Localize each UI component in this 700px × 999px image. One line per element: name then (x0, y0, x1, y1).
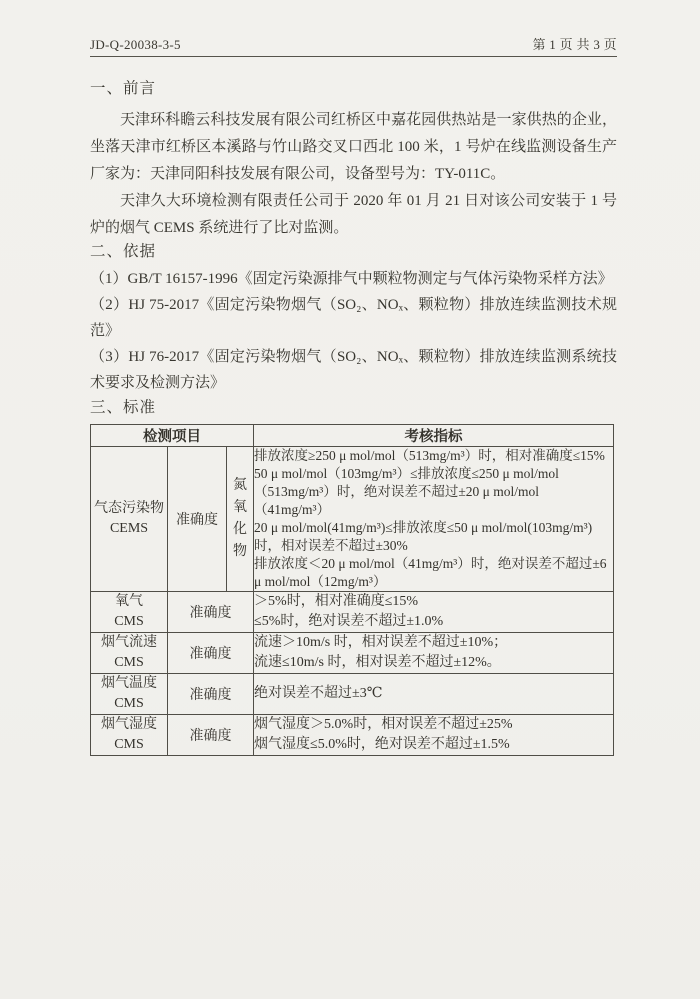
criteria-cell: ＞5%时，相对准确度≤15%≤5%时，绝对误差不超过±1.0% (254, 592, 614, 633)
standards-table-body: 气态污染物CEMS准确度氮氧化物排放浓度≥250 μ mol/mol（513mg… (91, 447, 614, 756)
criteria-cell: 烟气湿度＞5.0%时，相对误差不超过±25%烟气湿度≤5.0%时，绝对误差不超过… (254, 715, 614, 756)
attribute-cell: 准确度 (168, 447, 227, 592)
attribute-cell: 准确度 (168, 715, 254, 756)
section-heading-basis: 二、依据 (90, 242, 617, 262)
attribute-cell: 准确度 (168, 592, 254, 633)
document-page: JD-Q-20038-3-5 第 1 页 共 3 页 一、前言 天津环科瞻云科技… (0, 0, 700, 999)
sub-item-cell: 氮氧化物 (227, 447, 254, 592)
attribute-cell: 准确度 (168, 674, 254, 715)
table-row: 气态污染物CEMS准确度氮氧化物排放浓度≥250 μ mol/mol（513mg… (91, 447, 614, 592)
table-row: 烟气流速CMS准确度流速＞10m/s 时，相对误差不超过±10%；流速≤10m/… (91, 633, 614, 674)
table-header-criteria: 考核指标 (254, 425, 614, 447)
basis-item-1: （1）GB/T 16157-1996《固定污染源排气中颗粒物测定与气体污染物采样… (90, 266, 617, 292)
table-row: 烟气温度CMS准确度绝对误差不超过±3℃ (91, 674, 614, 715)
criteria-cell: 流速＞10m/s 时，相对误差不超过±10%；流速≤10m/s 时，相对误差不超… (254, 633, 614, 674)
section-heading-preface: 一、前言 (90, 79, 617, 99)
criteria-cell: 绝对误差不超过±3℃ (254, 674, 614, 715)
table-header-item: 检测项目 (91, 425, 254, 447)
item-name-cell: 烟气湿度CMS (91, 715, 168, 756)
preface-paragraph-2: 天津久大环境检测有限责任公司于 2020 年 01 月 21 日对该公司安装于 … (90, 188, 617, 242)
attribute-cell: 准确度 (168, 633, 254, 674)
section-heading-standards: 三、标准 (90, 398, 617, 418)
page-header: JD-Q-20038-3-5 第 1 页 共 3 页 (90, 34, 617, 57)
basis-item-3: （3）HJ 76-2017《固定污染物烟气（SO₂、NOₓ、颗粒物）排放连续监测… (90, 344, 617, 396)
basis-item-2: （2）HJ 75-2017《固定污染物烟气（SO₂、NOₓ、颗粒物）排放连续监测… (90, 292, 617, 344)
criteria-cell: 排放浓度≥250 μ mol/mol（513mg/m³）时，相对准确度≤15%5… (254, 447, 614, 592)
basis-item-list: （1）GB/T 16157-1996《固定污染源排气中颗粒物测定与气体污染物采样… (90, 266, 617, 396)
table-header-row: 检测项目 考核指标 (91, 425, 614, 447)
preface-paragraph-1: 天津环科瞻云科技发展有限公司红桥区中嘉花园供热站是一家供热的企业，坐落天津市红桥… (90, 107, 617, 188)
item-name-cell: 烟气流速CMS (91, 633, 168, 674)
page-content: JD-Q-20038-3-5 第 1 页 共 3 页 一、前言 天津环科瞻云科技… (90, 34, 617, 756)
table-row: 氧气CMS准确度＞5%时，相对准确度≤15%≤5%时，绝对误差不超过±1.0% (91, 592, 614, 633)
item-name-cell: 烟气温度CMS (91, 674, 168, 715)
doc-number: JD-Q-20038-3-5 (90, 37, 181, 53)
table-row: 烟气湿度CMS准确度烟气湿度＞5.0%时，相对误差不超过±25%烟气湿度≤5.0… (91, 715, 614, 756)
page-number-label: 第 1 页 共 3 页 (532, 34, 617, 53)
item-name-cell: 氧气CMS (91, 592, 168, 633)
standards-table: 检测项目 考核指标 气态污染物CEMS准确度氮氧化物排放浓度≥250 μ mol… (90, 424, 614, 756)
item-name-cell: 气态污染物CEMS (91, 447, 168, 592)
